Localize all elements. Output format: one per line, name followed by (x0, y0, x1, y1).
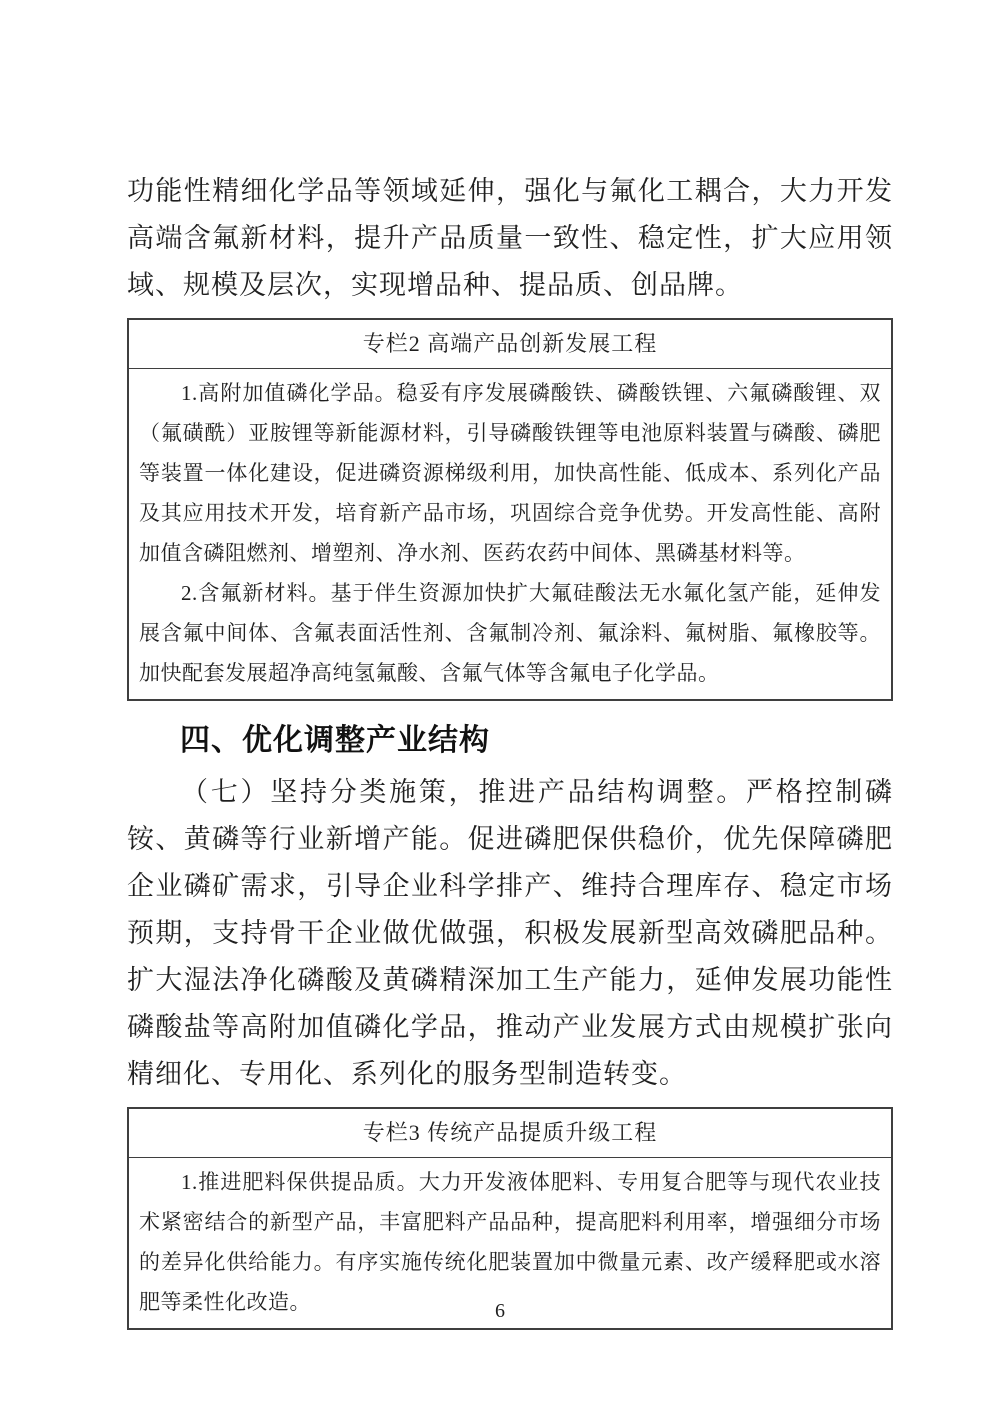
box-zhuanlan-2-title: 专栏2 高端产品创新发展工程 (129, 320, 891, 369)
page-number: 6 (0, 1300, 1000, 1323)
intro-paragraph: 功能性精细化学品等领域延伸，强化与氟化工耦合，大力开发高端含氟新材料，提升产品质… (127, 168, 893, 309)
section-paragraph: （七）坚持分类施策，推进产品结构调整。严格控制磷铵、黄磷等行业新增产能。促进磷肥… (127, 769, 893, 1098)
box-zhuanlan-2-paragraph-2: 2.含氟新材料。基于伴生资源加快扩大氟硅酸法无水氟化氢产能，延伸发展含氟中间体、… (139, 573, 881, 693)
page-content: 功能性精细化学品等领域延伸，强化与氟化工耦合，大力开发高端含氟新材料，提升产品质… (127, 168, 893, 1330)
box-zhuanlan-3: 专栏3 传统产品提质升级工程 1.推进肥料保供提品质。大力开发液体肥料、专用复合… (127, 1107, 893, 1330)
box-zhuanlan-3-paragraph-1: 1.推进肥料保供提品质。大力开发液体肥料、专用复合肥等与现代农业技术紧密结合的新… (139, 1162, 881, 1322)
section-paragraph-body: 严格控制磷铵、黄磷等行业新增产能。促进磷肥保供稳价，优先保障磷肥企业磷矿需求，引… (127, 777, 893, 1089)
box-zhuanlan-2-body: 1.高附加值磷化学品。稳妥有序发展磷酸铁、磷酸铁锂、六氟磷酸锂、双（氟磺酰）亚胺… (129, 369, 891, 699)
section-heading: 四、优化调整产业结构 (127, 719, 893, 763)
document-page: 功能性精细化学品等领域延伸，强化与氟化工耦合，大力开发高端含氟新材料，提升产品质… (0, 0, 1000, 1415)
box-zhuanlan-2-paragraph-1: 1.高附加值磷化学品。稳妥有序发展磷酸铁、磷酸铁锂、六氟磷酸锂、双（氟磺酰）亚胺… (139, 373, 881, 573)
box-zhuanlan-2: 专栏2 高端产品创新发展工程 1.高附加值磷化学品。稳妥有序发展磷酸铁、磷酸铁锂… (127, 318, 893, 701)
section-paragraph-lead: （七）坚持分类施策，推进产品结构调整。 (181, 777, 746, 807)
box-zhuanlan-3-title: 专栏3 传统产品提质升级工程 (129, 1109, 891, 1158)
